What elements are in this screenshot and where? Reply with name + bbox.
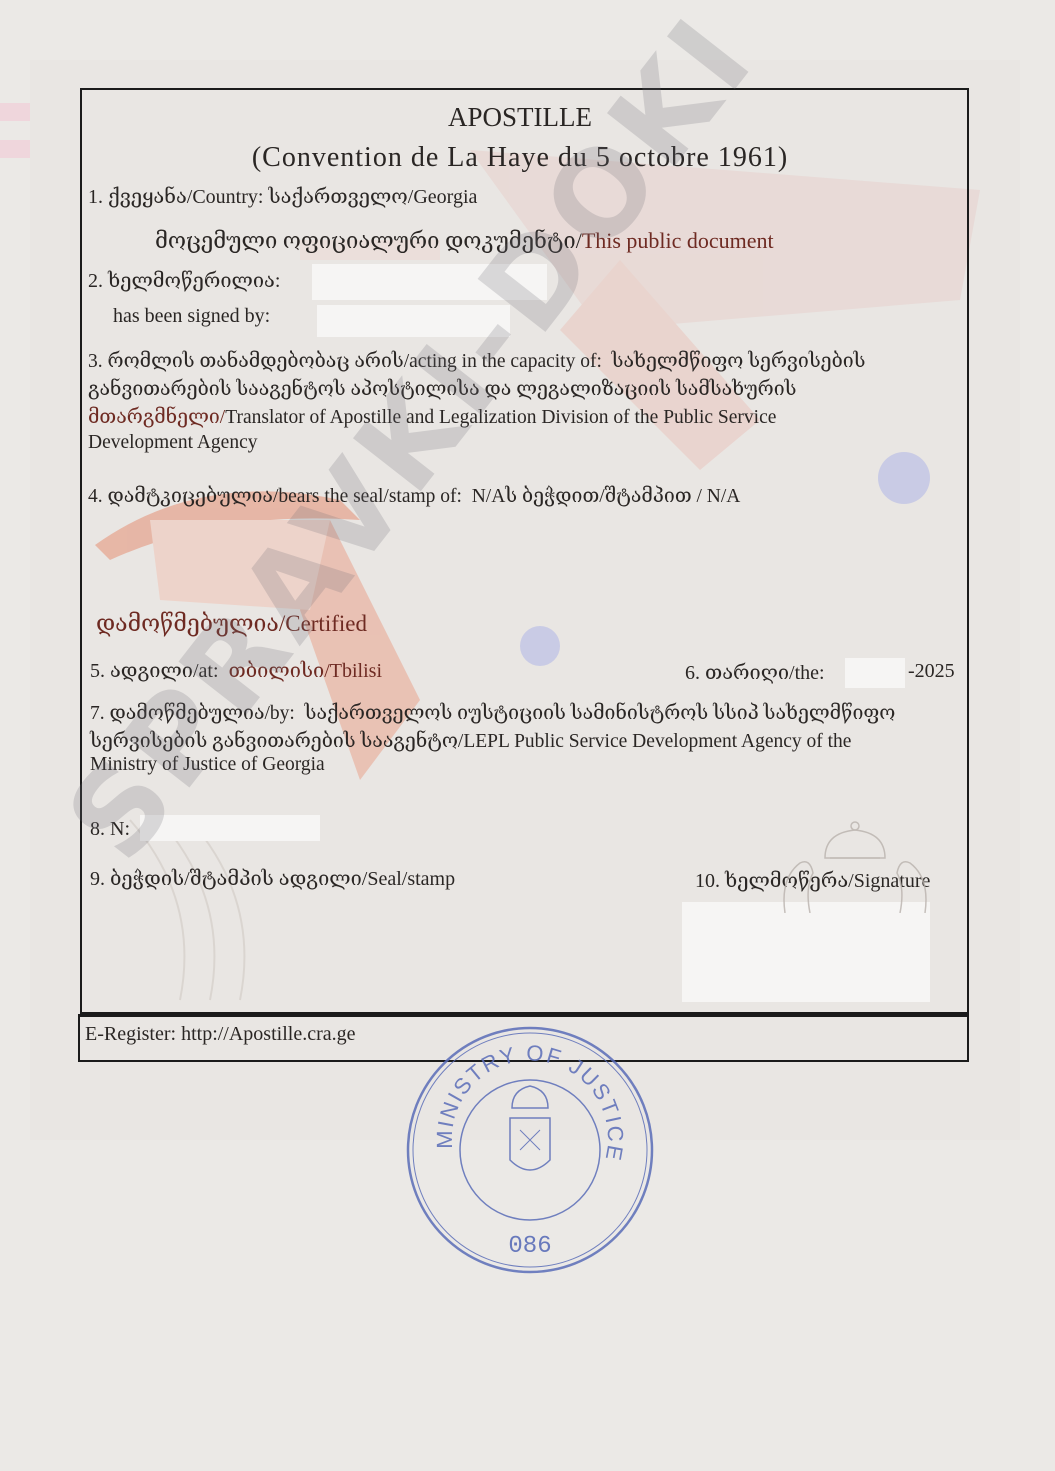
capacity-value-1: სახელმწიფო სერვისების	[612, 351, 866, 372]
country-label: 1. ქვეყანა/Country:	[88, 186, 263, 208]
redacted-date	[845, 658, 905, 688]
convention-subtitle: (Convention de La Haye du 5 octobre 1961…	[0, 142, 1040, 174]
field-signed-en: has been signed by:	[113, 305, 270, 328]
e-register-link[interactable]: E-Register: http://Apostille.cra.ge	[85, 1023, 356, 1046]
public-document-line: მოცემული ოფიციალური დოკუმენტი/This publi…	[155, 228, 774, 254]
seal-of-value: N/Aს ბეჭდით/შტამპით / N/A	[472, 486, 741, 507]
certified-by-value-1: საქართველოს იუსტიციის სამინისტროს სსიპ ს…	[305, 703, 896, 724]
svg-text:MINISTRY OF JUSTICE OF GEORGIA: MINISTRY OF JUSTICE OF GEORGIA	[400, 1020, 628, 1164]
coat-of-arms-icon	[765, 818, 945, 913]
date-label: 6. თარიღი/the:	[685, 660, 825, 685]
capacity-value-4: Development Agency	[88, 432, 258, 454]
ministry-stamp-icon: MINISTRY OF JUSTICE OF GEORGIA 086	[400, 1020, 660, 1280]
svg-text:086: 086	[508, 1233, 551, 1260]
field-country: 1. ქვეყანა/Country: საქართველო/Georgia	[88, 184, 477, 209]
capacity-value-3-ka: მთარგმნელი/	[88, 407, 225, 428]
country-value: საქართველო/Georgia	[268, 186, 477, 208]
date-value: -2025	[908, 660, 955, 683]
redacted-signature	[682, 902, 930, 1002]
field-signed-ka: 2. ხელმოწერილია:	[88, 268, 280, 293]
document-title: APOSTILLE	[0, 102, 1040, 133]
